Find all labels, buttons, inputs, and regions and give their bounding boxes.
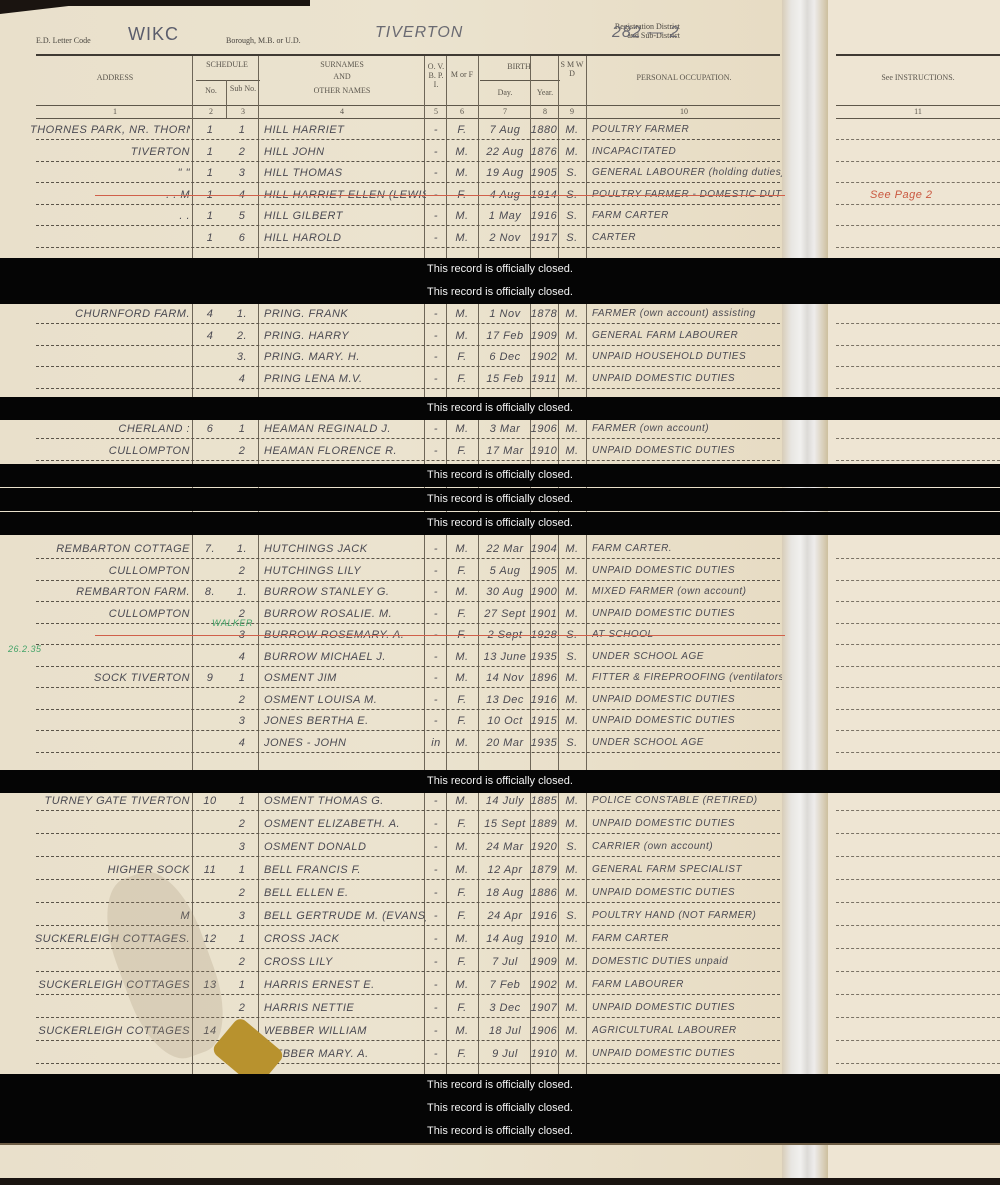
- birth-year-cell: 1905: [530, 167, 558, 179]
- schedule-sub-cell: 1: [230, 672, 254, 684]
- birth-year-cell: 1904: [530, 543, 558, 555]
- birth-day-cell: 15 Feb: [480, 373, 530, 385]
- address-cell: CULLOMPTON: [30, 608, 190, 620]
- birth-year-cell: 1917: [530, 232, 558, 244]
- marital-cell: M.: [560, 351, 584, 363]
- sex-cell: M.: [448, 423, 476, 435]
- birth-day-cell: 18 Jul: [480, 1025, 530, 1037]
- name-cell: HARRIS ERNEST E.: [264, 979, 426, 991]
- sex-cell: F.: [448, 1002, 476, 1014]
- birth-day-cell: 1 May: [480, 210, 530, 222]
- birth-year-cell: 1905: [530, 565, 558, 577]
- ovbpi-cell: -: [426, 423, 446, 435]
- occupation-cell: UNDER SCHOOL AGE: [592, 737, 782, 748]
- closed-record-bar: This record is officially closed.: [0, 488, 1000, 511]
- name-cell: HEAMAN REGINALD J.: [264, 423, 426, 435]
- birth-year-cell: 1916: [530, 694, 558, 706]
- occupation-cell: FARM CARTER.: [592, 543, 782, 554]
- marital-cell: M.: [560, 795, 584, 807]
- name-cell: HARRIS NETTIE: [264, 1002, 426, 1014]
- birth-day-cell: 14 Aug: [480, 933, 530, 945]
- closed-record-bar: This record is officially closed.: [0, 770, 1000, 793]
- column-header-schedule-no: No.: [196, 86, 226, 95]
- birth-day-cell: 6 Dec: [480, 351, 530, 363]
- borough-value: TIVERTON: [375, 24, 463, 42]
- ovbpi-cell: -: [426, 795, 446, 807]
- name-cell: OSMENT THOMAS G.: [264, 795, 426, 807]
- ovbpi-cell: -: [426, 910, 446, 922]
- schedule-sub-cell: 1.: [230, 308, 254, 320]
- address-cell: REMBARTON FARM.: [30, 586, 190, 598]
- name-cell: OSMENT LOUISA M.: [264, 694, 426, 706]
- occupation-cell: FARM CARTER: [592, 933, 782, 944]
- marital-cell: S.: [560, 841, 584, 853]
- address-cell: CHERLAND :: [30, 423, 190, 435]
- birth-day-cell: 19 Aug: [480, 167, 530, 179]
- column-header-surnames: SURNAMES: [262, 60, 422, 69]
- column-header-ovbpi: O. V. B. P. I.: [426, 62, 446, 89]
- schedule-sub-cell: 4: [230, 651, 254, 663]
- ed-letter-code-value: WIKC: [128, 24, 179, 45]
- column-number-name: 4: [262, 107, 422, 116]
- column-number-rule: [36, 105, 780, 106]
- sex-cell: F.: [448, 351, 476, 363]
- schedule-sub-cell: 1: [230, 423, 254, 435]
- column-number-instr: 11: [836, 107, 1000, 116]
- column-number-rule-right: [836, 105, 1000, 106]
- birth-year-cell: 1906: [530, 1025, 558, 1037]
- occupation-cell: FITTER & FIREPROOFING (ventilators) MANU…: [592, 672, 782, 683]
- name-cell: PRING. FRANK: [264, 308, 426, 320]
- name-cell: JONES BERTHA E.: [264, 715, 426, 727]
- birth-day-cell: 24 Mar: [480, 841, 530, 853]
- column-header-other-names: OTHER NAMES: [262, 86, 422, 95]
- sex-cell: M.: [448, 795, 476, 807]
- schedule-sub-cell: 2: [230, 146, 254, 158]
- birth-year-cell: 1920: [530, 841, 558, 853]
- ovbpi-cell: -: [426, 330, 446, 342]
- borough-label: Borough, M.B. or U.D.: [226, 36, 301, 45]
- schedule-sub-cell: 5: [230, 210, 254, 222]
- name-cell: BELL ELLEN E.: [264, 887, 426, 899]
- ovbpi-cell: -: [426, 445, 446, 457]
- name-cell: WEBBER MARY. A.: [264, 1048, 426, 1060]
- birth-day-cell: 3 Mar: [480, 423, 530, 435]
- sex-cell: M.: [448, 210, 476, 222]
- schedule-sub-cell: 2: [230, 1002, 254, 1014]
- occupation-cell: MIXED FARMER (own account): [592, 586, 782, 597]
- ovbpi-cell: -: [426, 565, 446, 577]
- birth-day-cell: 24 Apr: [480, 910, 530, 922]
- ovbpi-cell: -: [426, 933, 446, 945]
- ovbpi-cell: -: [426, 167, 446, 179]
- sex-cell: F.: [448, 608, 476, 620]
- ovbpi-cell: -: [426, 351, 446, 363]
- birth-day-cell: 14 July: [480, 795, 530, 807]
- birth-year-cell: 1910: [530, 933, 558, 945]
- ovbpi-cell: -: [426, 715, 446, 727]
- row-rule-right: [836, 580, 1000, 581]
- ovbpi-cell: -: [426, 308, 446, 320]
- birth-day-cell: 22 Mar: [480, 543, 530, 555]
- occupation-cell: UNPAID DOMESTIC DUTIES: [592, 887, 782, 898]
- schedule-no-cell: 1: [198, 232, 222, 244]
- schedule-no-cell: 9: [198, 672, 222, 684]
- marital-cell: M.: [560, 715, 584, 727]
- row-rule-right: [836, 323, 1000, 324]
- closed-record-notice: This record is officially closed.: [0, 517, 1000, 529]
- occupation-cell: DOMESTIC DUTIES unpaid: [592, 956, 782, 967]
- birth-year-cell: 1915: [530, 715, 558, 727]
- marital-cell: M.: [560, 608, 584, 620]
- occupation-cell: GENERAL LABOURER (holding duties): [592, 167, 782, 178]
- ovbpi-cell: -: [426, 543, 446, 555]
- occupation-cell: AGRICULTURAL LABOURER: [592, 1025, 782, 1036]
- marital-cell: S.: [560, 651, 584, 663]
- sex-cell: F.: [448, 694, 476, 706]
- birth-day-cell: 14 Nov: [480, 672, 530, 684]
- column-number-sub: 3: [228, 107, 258, 116]
- row-rule-right: [836, 460, 1000, 461]
- column-header-schedule: SCHEDULE: [196, 60, 258, 69]
- marital-cell: S.: [560, 910, 584, 922]
- row-rule-right: [836, 971, 1000, 972]
- occupation-cell: POLICE CONSTABLE (RETIRED): [592, 795, 782, 806]
- name-cell: PRING LENA M.V.: [264, 373, 426, 385]
- schedule-sub-cell: 3: [230, 715, 254, 727]
- ovbpi-cell: -: [426, 651, 446, 663]
- sex-cell: F.: [448, 715, 476, 727]
- occupation-cell: UNPAID DOMESTIC DUTIES: [592, 565, 782, 576]
- birth-day-cell: 22 Aug: [480, 146, 530, 158]
- schedule-sub-cell: 2.: [230, 330, 254, 342]
- row-rule-right: [836, 204, 1000, 205]
- book-spine: [782, 0, 828, 1185]
- birth-year-cell: 1879: [530, 864, 558, 876]
- header-rule: [36, 54, 780, 56]
- closed-record-bar: This record is officially closed.: [0, 258, 1000, 281]
- schedule-sub-cell: 2: [230, 694, 254, 706]
- birth-day-cell: 30 Aug: [480, 586, 530, 598]
- schedule-sub-cell: 6: [230, 232, 254, 244]
- birth-day-cell: 17 Feb: [480, 330, 530, 342]
- marital-cell: M.: [560, 373, 584, 385]
- name-cell: OSMENT JIM: [264, 672, 426, 684]
- schedule-no-cell: 4: [198, 308, 222, 320]
- closed-record-bar: This record is officially closed.: [0, 1097, 1000, 1120]
- marital-cell: M.: [560, 694, 584, 706]
- sex-cell: M.: [448, 167, 476, 179]
- birth-year-cell: 1902: [530, 351, 558, 363]
- closed-record-notice: This record is officially closed.: [0, 1079, 1000, 1091]
- marital-cell: M.: [560, 423, 584, 435]
- closed-record-bar: This record is officially closed.: [0, 464, 1000, 487]
- column-header-address: ADDRESS: [40, 73, 190, 82]
- address-cell: HIGHER SOCK: [30, 864, 190, 876]
- ovbpi-cell: -: [426, 1002, 446, 1014]
- column-header-schedule-sub: Sub No.: [228, 84, 258, 93]
- birth-year-cell: 1889: [530, 818, 558, 830]
- sex-cell: F.: [448, 887, 476, 899]
- marital-cell: S.: [560, 210, 584, 222]
- green-margin-note: 26.2.35: [8, 644, 42, 654]
- name-cell: BELL FRANCIS F.: [264, 864, 426, 876]
- name-cell: HILL GILBERT: [264, 210, 426, 222]
- occupation-cell: CARRIER (own account): [592, 841, 782, 852]
- row-rule-right: [836, 247, 1000, 248]
- birth-year-cell: 1935: [530, 737, 558, 749]
- torn-edge: [0, 0, 310, 6]
- birth-day-cell: 10 Oct: [480, 715, 530, 727]
- schedule-sub-cell: 2: [230, 956, 254, 968]
- ovbpi-cell: -: [426, 979, 446, 991]
- row-rule-right: [836, 366, 1000, 367]
- birth-year-cell: 1876: [530, 146, 558, 158]
- closed-record-bar: This record is officially closed.: [0, 512, 1000, 535]
- ovbpi-cell: -: [426, 818, 446, 830]
- marital-cell: M.: [560, 124, 584, 136]
- row-rule-right: [836, 182, 1000, 183]
- ovbpi-cell: -: [426, 146, 446, 158]
- occupation-cell: UNPAID DOMESTIC DUTIES: [592, 608, 782, 619]
- sex-cell: M.: [448, 586, 476, 598]
- occupation-cell: UNPAID DOMESTIC DUTIES: [592, 445, 782, 456]
- name-cell: HILL JOHN: [264, 146, 426, 158]
- schedule-no-cell: 10: [198, 795, 222, 807]
- schedule-sub-cell: 1.: [230, 586, 254, 598]
- column-header-birth-year: Year.: [532, 88, 558, 97]
- occupation-cell: FARMER (own account): [592, 423, 782, 434]
- schedule-sub-cell: 1: [230, 124, 254, 136]
- sex-cell: M.: [448, 232, 476, 244]
- occupation-cell: UNPAID DOMESTIC DUTIES: [592, 818, 782, 829]
- schedule-no-cell: 1: [198, 146, 222, 158]
- ovbpi-cell: -: [426, 672, 446, 684]
- strike-through-line: [95, 195, 785, 196]
- margin-note: See Page 2: [870, 189, 933, 201]
- birth-day-cell: 13 Dec: [480, 694, 530, 706]
- schedule-sub-cell: 4: [230, 373, 254, 385]
- occupation-cell: FARM CARTER: [592, 210, 782, 221]
- ovbpi-cell: in: [426, 737, 446, 749]
- closed-record-notice: This record is officially closed.: [0, 1102, 1000, 1114]
- column-number-address: 1: [40, 107, 190, 116]
- birth-day-cell: 12 Apr: [480, 864, 530, 876]
- schedule-sub-cell: 1: [230, 795, 254, 807]
- marital-cell: M.: [560, 979, 584, 991]
- reg-district-value: 282 — 2: [612, 24, 679, 42]
- column-header-sex: M or F: [448, 70, 476, 79]
- name-cell: HILL THOMAS: [264, 167, 426, 179]
- column-header-instructions: See INSTRUCTIONS.: [836, 73, 1000, 82]
- row-rule-right: [836, 558, 1000, 559]
- schedule-no-cell: 11: [198, 864, 222, 876]
- marital-cell: S.: [560, 167, 584, 179]
- sex-cell: M.: [448, 543, 476, 555]
- schedule-sub-cell: 3: [230, 910, 254, 922]
- birth-year-cell: 1909: [530, 956, 558, 968]
- row-rule-right: [836, 752, 1000, 753]
- occupation-cell: UNDER SCHOOL AGE: [592, 651, 782, 662]
- row-rule-right: [836, 438, 1000, 439]
- marital-cell: M.: [560, 330, 584, 342]
- schedule-sub-cell: 1: [230, 933, 254, 945]
- name-cell: BURROW MICHAEL J.: [264, 651, 426, 663]
- sex-cell: M.: [448, 933, 476, 945]
- ovbpi-cell: -: [426, 887, 446, 899]
- closed-record-bar: This record is officially closed.: [0, 1120, 1000, 1143]
- bottom-rule: [0, 1143, 1000, 1145]
- birth-year-cell: 1878: [530, 308, 558, 320]
- row-rule-right: [836, 810, 1000, 811]
- address-cell: CHURNFORD FARM.: [30, 308, 190, 320]
- closed-record-bar: This record is officially closed.: [0, 397, 1000, 420]
- birth-year-cell: 1909: [530, 330, 558, 342]
- birth-year-cell: 1910: [530, 1048, 558, 1060]
- occupation-cell: INCAPACITATED: [592, 146, 782, 157]
- name-cell: HUTCHINGS JACK: [264, 543, 426, 555]
- ovbpi-cell: -: [426, 608, 446, 620]
- name-cell: BELL GERTRUDE M. (EVANS): [264, 910, 426, 922]
- row-rule-right: [836, 709, 1000, 710]
- name-cell: PRING. HARRY: [264, 330, 426, 342]
- name-cell: WEBBER WILLIAM: [264, 1025, 426, 1037]
- birth-year-cell: 1886: [530, 887, 558, 899]
- column-header-marital: S M W D: [560, 60, 584, 78]
- name-cell: HUTCHINGS LILY: [264, 565, 426, 577]
- schedule-sub-cell: 1: [230, 979, 254, 991]
- birth-day-cell: 7 Feb: [480, 979, 530, 991]
- sex-cell: M.: [448, 330, 476, 342]
- birth-day-cell: 1 Nov: [480, 308, 530, 320]
- address-cell: TURNEY GATE TIVERTON: [30, 795, 190, 807]
- occupation-cell: UNPAID HOUSEHOLD DUTIES: [592, 351, 782, 362]
- birth-day-cell: 18 Aug: [480, 887, 530, 899]
- closed-record-notice: This record is officially closed.: [0, 402, 1000, 414]
- row-rule-right: [836, 1040, 1000, 1041]
- occupation-cell: POULTRY HAND (NOT FARMER): [592, 910, 782, 921]
- sex-cell: M.: [448, 841, 476, 853]
- row-rule-right: [836, 925, 1000, 926]
- marital-cell: S.: [560, 232, 584, 244]
- marital-cell: M.: [560, 1048, 584, 1060]
- address-cell: . .: [30, 210, 190, 222]
- green-annotation: WALKER: [212, 618, 253, 628]
- marital-cell: M.: [560, 445, 584, 457]
- marital-cell: M.: [560, 146, 584, 158]
- address-cell: CULLOMPTON: [30, 445, 190, 457]
- row-rule-right: [836, 139, 1000, 140]
- schedule-sub-cell: 2: [230, 818, 254, 830]
- birth-year-cell: 1935: [530, 651, 558, 663]
- birth-day-cell: 17 Mar: [480, 445, 530, 457]
- strike-through-line: [95, 635, 785, 636]
- sex-cell: M.: [448, 737, 476, 749]
- marital-cell: M.: [560, 1002, 584, 1014]
- schedule-sub-cell: 1: [230, 864, 254, 876]
- birth-day-cell: 3 Dec: [480, 1002, 530, 1014]
- schedule-no-cell: 1: [198, 124, 222, 136]
- sex-cell: F.: [448, 373, 476, 385]
- ovbpi-cell: -: [426, 124, 446, 136]
- schedule-sub-cell: 2: [230, 887, 254, 899]
- schedule-sub-cell: 3: [230, 167, 254, 179]
- header-rule-right: [836, 54, 1000, 56]
- schedule-sub-cell: 1.: [230, 543, 254, 555]
- ovbpi-cell: -: [426, 841, 446, 853]
- row-rule-right: [836, 388, 1000, 389]
- name-cell: OSMENT ELIZABETH. A.: [264, 818, 426, 830]
- birth-year-cell: 1907: [530, 1002, 558, 1014]
- row-rule-right: [836, 1017, 1000, 1018]
- ovbpi-cell: -: [426, 210, 446, 222]
- birth-year-cell: 1911: [530, 373, 558, 385]
- row-rule-right: [836, 730, 1000, 731]
- closed-record-notice: This record is officially closed.: [0, 1125, 1000, 1137]
- birth-year-cell: 1900: [530, 586, 558, 598]
- address-cell: THORNES PARK, NR. THORNE: [30, 124, 190, 136]
- schedule-no-cell: 8.: [198, 586, 222, 598]
- birth-day-cell: 20 Mar: [480, 737, 530, 749]
- closed-record-bar: This record is officially closed.: [0, 281, 1000, 304]
- ovbpi-cell: -: [426, 373, 446, 385]
- occupation-cell: UNPAID DOMESTIC DUTIES: [592, 694, 782, 705]
- sex-cell: M.: [448, 308, 476, 320]
- name-cell: BURROW ROSALIE. M.: [264, 608, 426, 620]
- birth-subrule: [480, 80, 560, 81]
- marital-cell: M.: [560, 1025, 584, 1037]
- column-rule: [530, 80, 531, 118]
- occupation-cell: UNPAID DOMESTIC DUTIES: [592, 1002, 782, 1013]
- row-rule-right: [836, 1063, 1000, 1064]
- row-rule-right: [836, 161, 1000, 162]
- column-number-occ: 10: [590, 107, 778, 116]
- birth-year-cell: 1902: [530, 979, 558, 991]
- occupation-cell: UNPAID DOMESTIC DUTIES: [592, 373, 782, 384]
- schedule-no-cell: 1: [198, 167, 222, 179]
- address-cell: CULLOMPTON: [30, 565, 190, 577]
- sex-cell: F.: [448, 445, 476, 457]
- row-rule-right: [836, 623, 1000, 624]
- facing-page: [828, 0, 1000, 1185]
- schedule-sub-cell: 2: [230, 445, 254, 457]
- address-cell: " ": [30, 167, 190, 179]
- closed-record-notice: This record is officially closed.: [0, 286, 1000, 298]
- birth-year-cell: 1896: [530, 672, 558, 684]
- schedule-no-cell: 4: [198, 330, 222, 342]
- column-header-and: AND: [262, 72, 422, 81]
- sex-cell: F.: [448, 565, 476, 577]
- occupation-cell: UNPAID DOMESTIC DUTIES: [592, 1048, 782, 1059]
- bottom-edge: [0, 1178, 1000, 1185]
- schedule-sub-cell: 2: [230, 565, 254, 577]
- closed-record-notice: This record is officially closed.: [0, 493, 1000, 505]
- ovbpi-cell: -: [426, 956, 446, 968]
- ovbpi-cell: -: [426, 1025, 446, 1037]
- name-cell: HEAMAN FLORENCE R.: [264, 445, 426, 457]
- schedule-sub-cell: 4: [230, 737, 254, 749]
- sex-cell: F.: [448, 1048, 476, 1060]
- birth-year-cell: 1910: [530, 445, 558, 457]
- occupation-cell: FARMER (own account) assisting: [592, 308, 782, 319]
- schedule-subrule: [196, 80, 260, 81]
- occupation-cell: UNPAID DOMESTIC DUTIES: [592, 715, 782, 726]
- column-rule: [226, 80, 227, 118]
- birth-day-cell: 9 Jul: [480, 1048, 530, 1060]
- column-number-year: 8: [532, 107, 558, 116]
- name-cell: CROSS LILY: [264, 956, 426, 968]
- name-cell: PRING. MARY. H.: [264, 351, 426, 363]
